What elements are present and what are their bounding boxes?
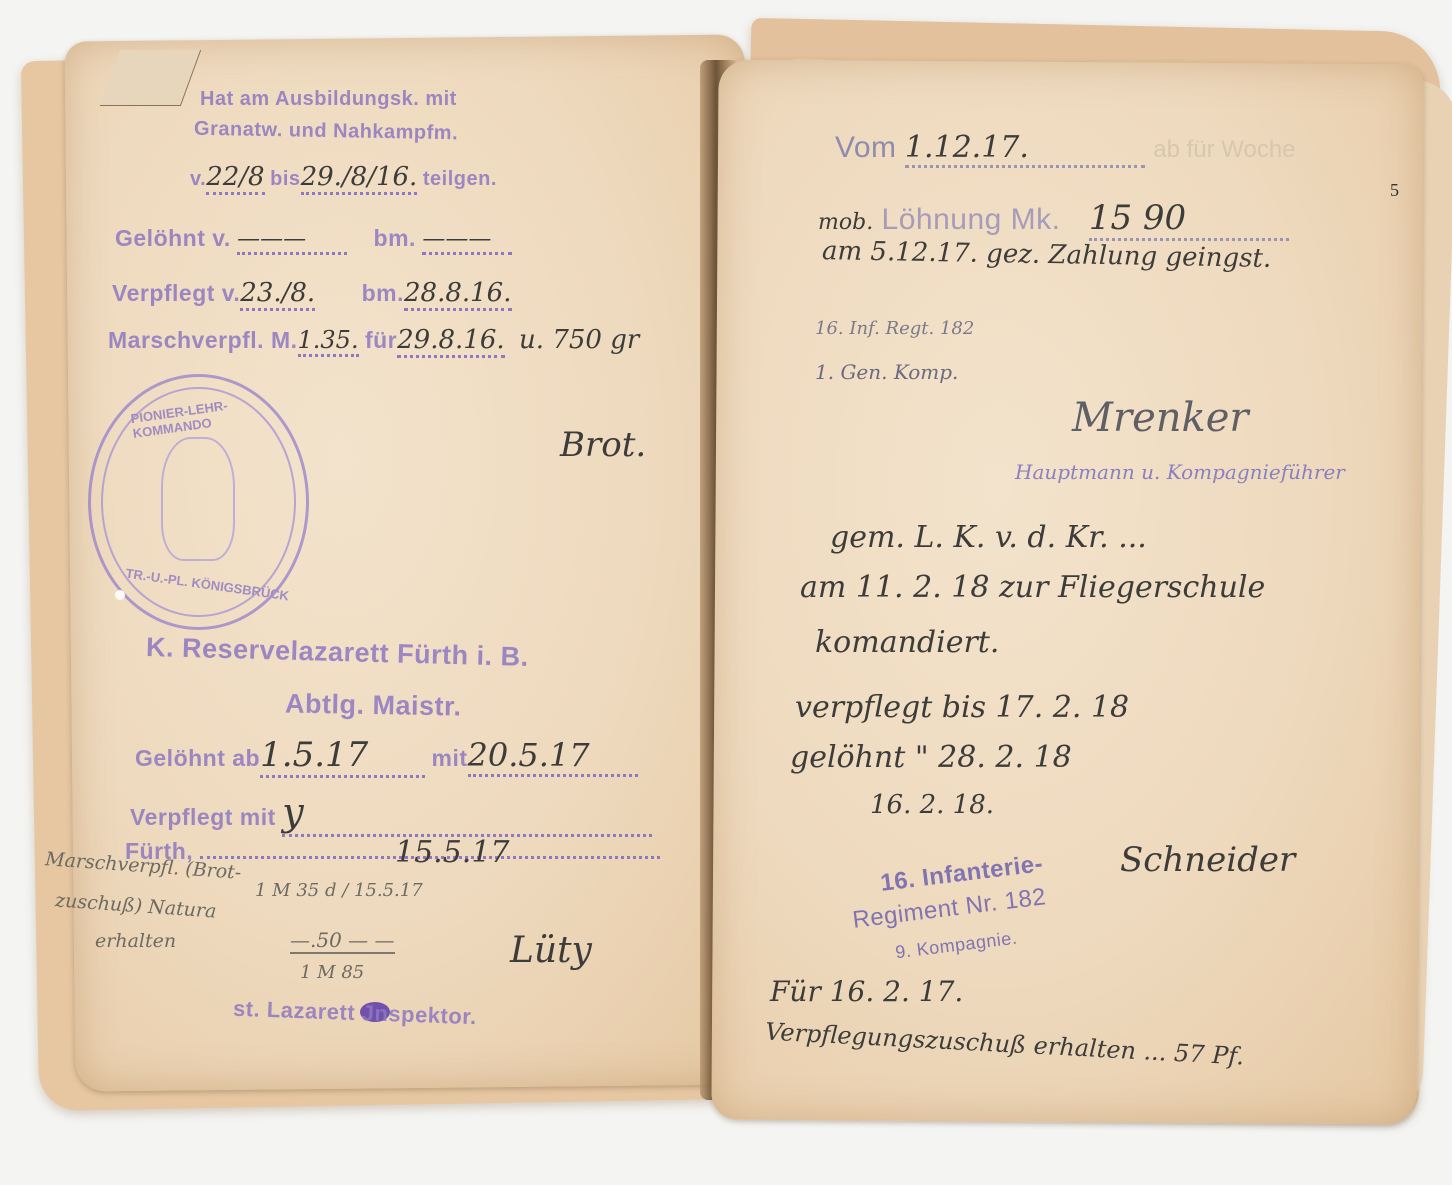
verpflegt-from: 23./8. xyxy=(240,278,315,311)
commander-signature: Mrenker xyxy=(1072,395,1249,441)
training-stamp-line2: Granatw. und Nahkampfm. xyxy=(194,118,459,146)
verpflegt-label: Verpflegt v. xyxy=(112,280,240,306)
geloehnt-bm-label: bm. xyxy=(374,225,416,251)
note-line-6: 16. 2. 18. xyxy=(870,790,994,820)
training-stamp-line3: v.22/8 bis29./8/16. teilgen. xyxy=(190,162,497,195)
marsch-note: u. 750 gr xyxy=(519,325,639,355)
marsch-label: Marschverpfl. M. xyxy=(108,327,298,353)
hospital-geloehnt-label: Gelöhnt ab xyxy=(135,745,260,771)
margin-note-line3: erhalten xyxy=(95,930,176,952)
geloehnt-to: ——— xyxy=(422,226,512,255)
marsch-row: Marschverpfl. M.1.35. für29.8.16. u. 750… xyxy=(108,325,639,358)
verpflegt-to: 28.8.16. xyxy=(404,278,512,311)
geloehnt-label: Gelöhnt v. xyxy=(115,225,231,251)
note-line-3: komandiert. xyxy=(815,625,999,660)
hospital-verpflegt-value: y xyxy=(282,790,652,837)
marsch-note-brot: Brot. xyxy=(560,425,646,465)
vom-faint-text: ab für Woche xyxy=(1153,136,1295,163)
hospital-mit-label: mit xyxy=(432,745,468,771)
note-line-4: verpflegt bis 17. 2. 18 xyxy=(795,690,1129,725)
hospital-place-date: 15.5.17 xyxy=(395,835,510,870)
commander-title: Hauptmann u. Kompagnieführer xyxy=(1015,460,1345,484)
marsch-amount: 1.35. xyxy=(298,326,359,357)
punch-hole xyxy=(115,590,125,600)
loehnung-label: Löhnung Mk. xyxy=(882,203,1061,236)
training-to-date: 29./8/16. xyxy=(301,162,418,195)
crown-shield-icon xyxy=(161,437,235,561)
hospital-stamp-line2: Abtlg. Maistr. xyxy=(285,688,462,722)
geloehnt-row: Gelöhnt v. ——— bm. ——— xyxy=(115,225,512,255)
marsch-date: 29.8.16. xyxy=(397,325,505,358)
geloehnt-from: ——— xyxy=(237,226,347,255)
calc-note-line3: 1 M 85 xyxy=(300,962,364,983)
calc-note-line1: 1 M 35 d / 15.5.17 xyxy=(255,880,423,901)
note-line-5: gelöhnt " 28. 2. 18 xyxy=(790,740,1072,775)
hospital-geloehnt-to: 20.5.17 xyxy=(468,736,638,777)
loehnung-prefix: mob. xyxy=(818,210,873,235)
training-suffix: teilgen. xyxy=(423,168,497,190)
unit-stamp-line2: 1. Gen. Komp. xyxy=(815,360,958,384)
verpflegt-row: Verpflegt v.23./8. bm.28.8.16. xyxy=(112,278,512,311)
training-from-prefix: v. xyxy=(190,168,206,190)
vom-date: 1.12.17. xyxy=(905,130,1145,168)
unit-stamp-line1: 16. Inf. Regt. 182 xyxy=(815,318,974,339)
verpflegt-bm-label: bm. xyxy=(362,280,404,306)
calc-note-line2: —.50 — — xyxy=(290,928,395,954)
hospital-geloehnt-from: 1.5.17 xyxy=(260,735,425,778)
hospital-verpflegt-label: Verpflegt mit xyxy=(130,804,276,830)
loehnung-row: mob. Löhnung Mk. 15 90 xyxy=(818,198,1289,241)
training-from-date: 22/8 xyxy=(206,162,264,195)
page-number: 5 xyxy=(1390,180,1399,201)
marsch-fuer-label: für xyxy=(365,327,397,353)
note-line-2: am 11. 2. 18 zur Fliegerschule xyxy=(800,570,1265,605)
loehnung-amount: 15 90 xyxy=(1089,198,1289,241)
training-stamp-line1: Hat am Ausbildungsk. mit xyxy=(200,88,457,111)
hospital-geloehnt-row: Gelöhnt ab1.5.17 mit20.5.17 xyxy=(135,735,638,778)
vom-label: Vom xyxy=(835,131,897,164)
second-signature: Schneider xyxy=(1120,840,1295,880)
training-bis-label: bis xyxy=(270,168,300,190)
bottom-note-line1: Für 16. 2. 17. xyxy=(770,975,963,1008)
vom-row: Vom 1.12.17. ab für Woche xyxy=(835,130,1296,168)
note-line-1: gem. L. K. v. d. Kr. ... xyxy=(830,520,1147,555)
hospital-verpflegt-row: Verpflegt mit y xyxy=(130,790,652,837)
inspector-signature: Lüty xyxy=(510,930,592,971)
